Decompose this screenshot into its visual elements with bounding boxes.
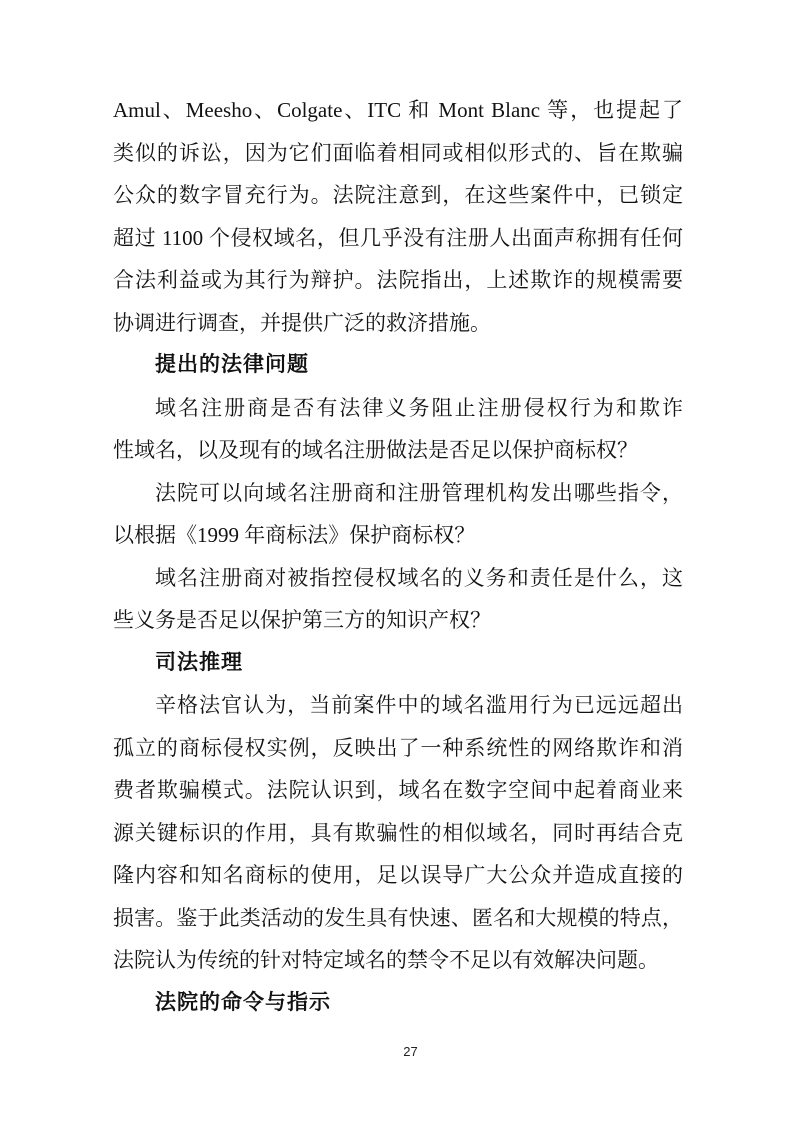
paragraph: 辛格法官认为，当前案件中的域名滥用行为已远远超出孤立的商标侵权实例，反映出了一种… [113, 684, 683, 982]
text-line: 协调进行调查，并提供广泛的救济措施。 [113, 302, 683, 345]
text-line: 辛格法官认为，当前案件中的域名滥用行为已远远超出 [113, 684, 683, 727]
page-footer: 27 [14, 1044, 793, 1059]
paragraph: 法院可以向域名注册商和注册管理机构发出哪些指令，以根据《1999 年商标法》保护… [113, 472, 683, 557]
section-heading: 提出的法律问题 [113, 344, 683, 387]
text-line: 法院认为传统的针对特定域名的禁令不足以有效解决问题。 [113, 939, 683, 982]
text-line: 隆内容和知名商标的使用，足以误导广大公众并造成直接的 [113, 854, 683, 897]
section-heading: 法院的命令与指示 [113, 982, 683, 1025]
text-line: 孤立的商标侵权实例，反映出了一种系统性的网络欺诈和消 [113, 727, 683, 770]
text-line: 合法利益或为其行为辩护。法院指出，上述欺诈的规模需要 [113, 259, 683, 302]
document-body: Amul、Meesho、Colgate、ITC 和 Mont Blanc 等，也… [113, 89, 683, 1024]
text-line: 域名注册商是否有法律义务阻止注册侵权行为和欺诈 [113, 387, 683, 430]
text-line: 源关键标识的作用，具有欺骗性的相似域名，同时再结合克 [113, 812, 683, 855]
page-number: 27 [403, 1044, 417, 1059]
paragraph: Amul、Meesho、Colgate、ITC 和 Mont Blanc 等，也… [113, 89, 683, 344]
text-line: 域名注册商对被指控侵权域名的义务和责任是什么，这 [113, 557, 683, 600]
text-line: 些义务是否足以保护第三方的知识产权？ [113, 599, 683, 642]
paragraph: 域名注册商对被指控侵权域名的义务和责任是什么，这些义务是否足以保护第三方的知识产… [113, 557, 683, 642]
text-line: 性域名，以及现有的域名注册做法是否足以保护商标权？ [113, 429, 683, 472]
text-line: 超过 1100 个侵权域名，但几乎没有注册人出面声称拥有任何 [113, 217, 683, 260]
paragraph: 域名注册商是否有法律义务阻止注册侵权行为和欺诈性域名，以及现有的域名注册做法是否… [113, 387, 683, 472]
text-line: 损害。鉴于此类活动的发生具有快速、匿名和大规模的特点， [113, 897, 683, 940]
text-line: 公众的数字冒充行为。法院注意到，在这些案件中，已锁定 [113, 174, 683, 217]
section-heading: 司法推理 [113, 642, 683, 685]
text-line: Amul、Meesho、Colgate、ITC 和 Mont Blanc 等，也… [113, 89, 683, 132]
text-line: 法院可以向域名注册商和注册管理机构发出哪些指令， [113, 472, 683, 515]
text-line: 费者欺骗模式。法院认识到，域名在数字空间中起着商业来 [113, 769, 683, 812]
document-page: Amul、Meesho、Colgate、ITC 和 Mont Blanc 等，也… [0, 0, 793, 1122]
text-line: 以根据《1999 年商标法》保护商标权？ [113, 514, 683, 557]
text-line: 类似的诉讼，因为它们面临着相同或相似形式的、旨在欺骗 [113, 132, 683, 175]
